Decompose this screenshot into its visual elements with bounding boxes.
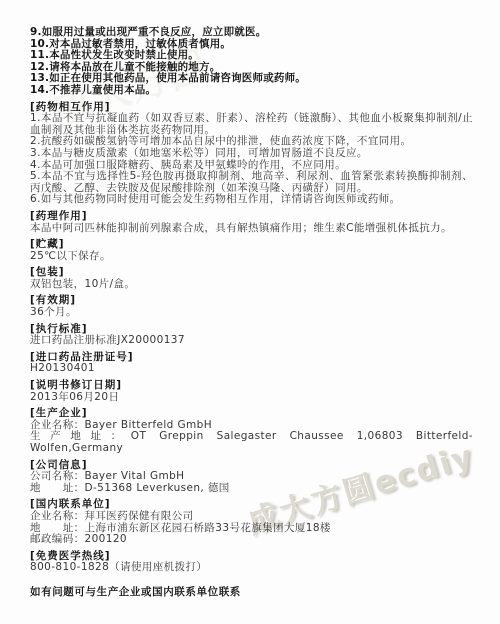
section-line: 5.本品不宜与选择性5-羟色胺再摄取抑制剂、地高辛、利尿剂、血管紧张素转换酶抑制…	[30, 171, 473, 194]
section-pharmacology: [药理作用] 本品中阿司匹林能抑制前列腺素合成，具有解热镇痛作用；维生素C能增强…	[30, 211, 473, 234]
section-line: H20130401	[30, 363, 473, 375]
precaution-item-14: 14.不推荐儿童使用本品。	[30, 85, 473, 97]
footer-note: 如有问题可与生产企业或国内联系单位联系	[30, 587, 473, 599]
section-line: 双铝包装，10片/盒。	[30, 279, 473, 291]
section-executive-standard: [执行标准] 进口药品注册标准JX20000137	[30, 324, 473, 347]
section-revision-date: [说明书修订日期] 2013年06月20日	[30, 380, 473, 403]
section-registration-number: [进口药品注册证号] H20130401	[30, 352, 473, 375]
section-line: 36个月。	[30, 307, 473, 319]
drug-leaflet-page: 成大方圆 成大方圆ecdiy 9.如服用过量或出现严重不良反应，应立即就医。 1…	[0, 0, 500, 624]
section-line: 2013年06月20日	[30, 392, 473, 404]
section-title: [贮藏]	[30, 239, 473, 251]
precaution-item-9: 9.如服用过量或出现严重不良反应，应立即就医。	[30, 27, 473, 39]
section-title: [进口药品注册证号]	[30, 352, 473, 364]
section-title: [说明书修订日期]	[30, 380, 473, 392]
section-medical-hotline: [免费医学热线] 800-810-1828（请使用座机拨打）	[30, 551, 473, 574]
section-title: [药理作用]	[30, 211, 473, 223]
hotline-number: 800-810-1828（请使用座机拨打）	[30, 562, 473, 574]
section-title: [有效期]	[30, 295, 473, 307]
section-packaging: [包装] 双铝包装，10片/盒。	[30, 267, 473, 290]
section-line: 25℃以下保存。	[30, 251, 473, 263]
manufacturer-address: 生产地址：OT Greppin Salegaster Chaussee 1,06…	[30, 431, 473, 454]
contact-postcode: 邮政编码：200120	[30, 534, 473, 546]
section-drug-interactions: [药物相互作用] 1.本品不宜与抗凝血药（如双香豆素、肝素）、溶栓药（链激酶）、…	[30, 102, 473, 206]
section-manufacturer: [生产企业] 企业名称：Bayer Bitterfeld GmbH 生产地址：O…	[30, 408, 473, 454]
section-storage: [贮藏] 25℃以下保存。	[30, 239, 473, 262]
section-line: 进口药品注册标准JX20000137	[30, 335, 473, 347]
company-address: 地 址：D-51368 Leverkusen, 德国	[30, 483, 473, 495]
section-line: 本品中阿司匹林能抑制前列腺素合成，具有解热镇痛作用；维生素C能增强机体抵抗力。	[30, 223, 473, 235]
precaution-list: 9.如服用过量或出现严重不良反应，应立即就医。 10.对本品过敏者禁用，过敏体质…	[30, 27, 473, 97]
section-line: 1.本品不宜与抗凝血药（如双香豆素、肝素）、溶栓药（链激酶）、其他血小板聚集抑制…	[30, 113, 473, 136]
section-company-info: [公司信息] 公司名称：Bayer Vital GmbH 地 址：D-51368…	[30, 460, 473, 495]
leaflet-content: 9.如服用过量或出现严重不良反应，应立即就医。 10.对本品过敏者禁用，过敏体质…	[0, 0, 500, 599]
section-shelf-life: [有效期] 36个月。	[30, 295, 473, 318]
section-line: 3.本品与糖皮质激素（如地塞米松等）同用，可增加胃肠道不良反应。	[30, 148, 473, 160]
section-line: 6.如与其他药物同时使用可能会发生药物相互作用，详情请咨询医师或药师。	[30, 194, 473, 206]
contact-name: 企业名称：拜耳医药保健有限公司	[30, 511, 473, 523]
section-domestic-contact: [国内联系单位] 企业名称：拜耳医药保健有限公司 地 址：上海市浦东新区花园石桥…	[30, 499, 473, 545]
